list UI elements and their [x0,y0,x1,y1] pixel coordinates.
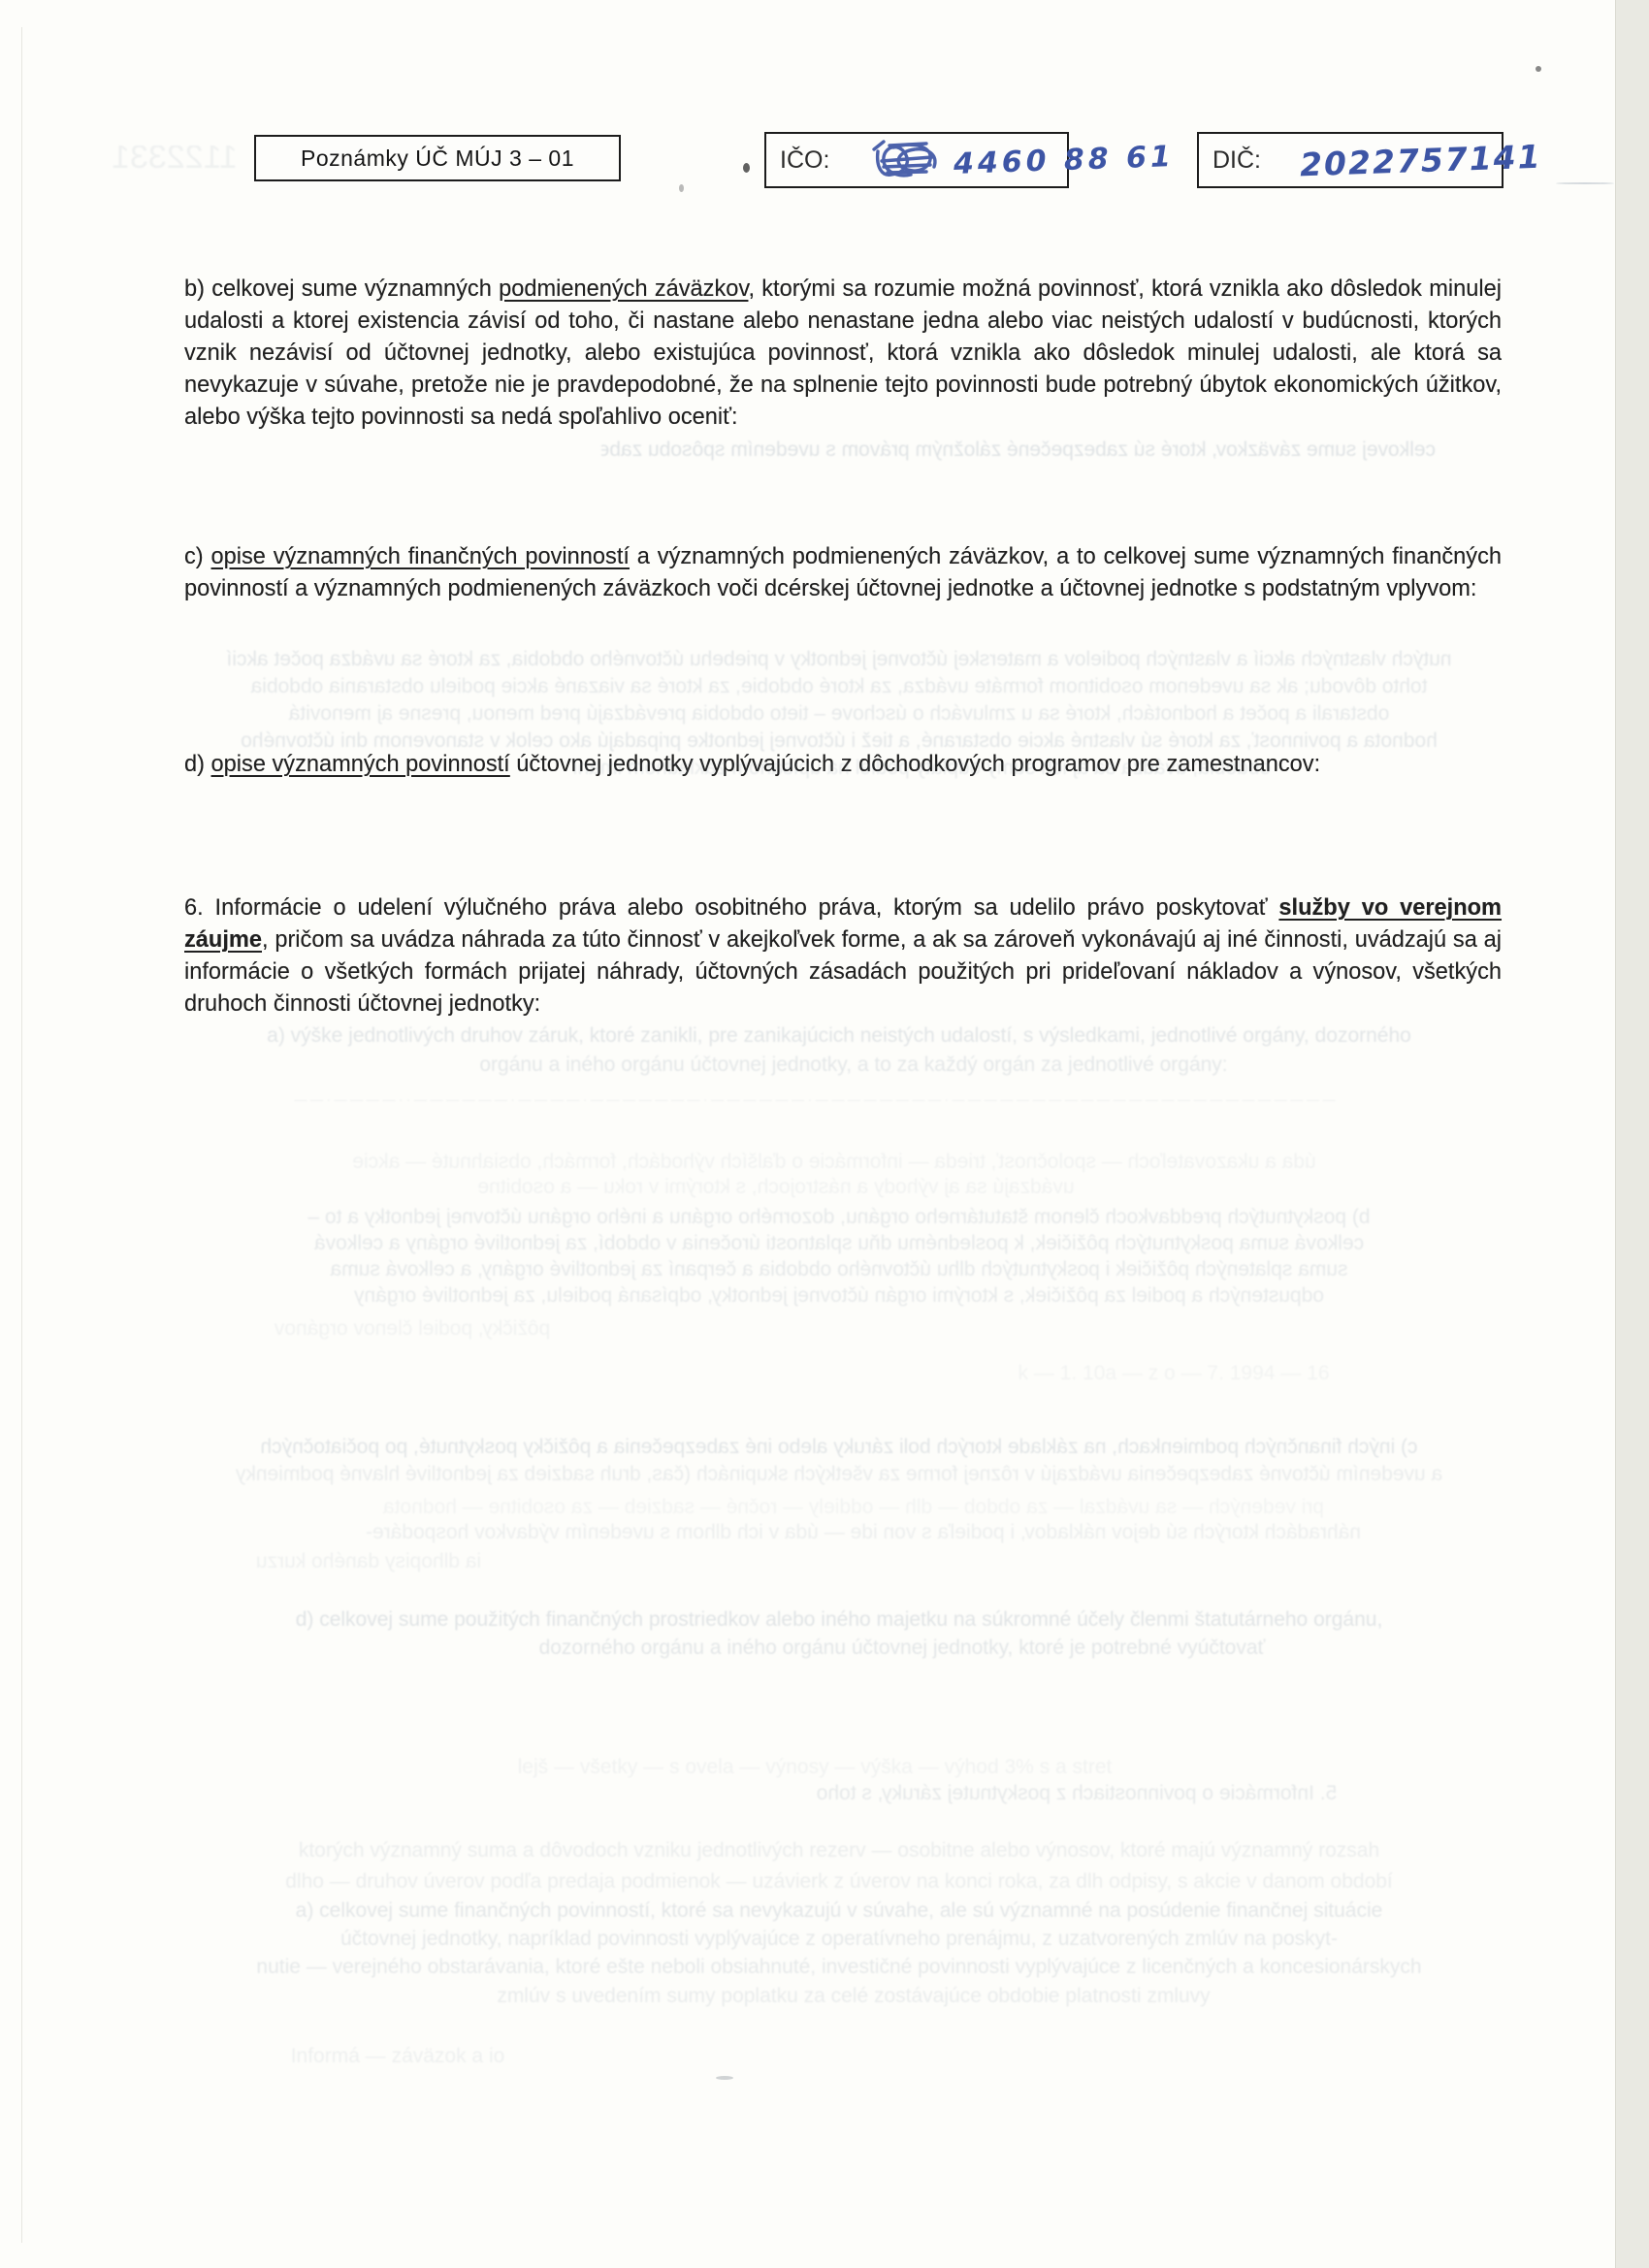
bleed-through-line: nutých vlastných akcií a vlastných podie… [175,648,1503,671]
bleed-through-line: celková suma poskytnutých pôžičiek, k po… [175,1232,1503,1255]
bleed-through-line: a) celkovej sume finančných povinností, … [175,1899,1503,1923]
dic-label: DIČ: [1212,146,1261,175]
bleed-through-line: a) výške jednotlivých druhov záruk, ktor… [175,1024,1503,1048]
ink-scribble-correction-icon [872,138,944,187]
bleed-through-line: Informá — záväzok a io [175,2045,621,2068]
paragraph-d-pension-programs: d) opise významných povinností účtovnej … [184,749,1502,781]
paragraph-6-public-service-rights: 6. Informácie o udelení výlučného práva … [184,892,1502,1021]
bleed-through-line: dlho — druhov úverov podľa predaja podmi… [175,1870,1503,1894]
bleed-through-line: c) iných finančných podmienkach, na zákl… [175,1436,1503,1459]
dic-handwritten-value: 2022757141 [1299,137,1542,183]
paragraph-b-lead: b) celkovej sume významných [184,276,499,302]
bleed-through-line: b) poskytnutých preddavkoch členom štatu… [175,1206,1503,1229]
scan-speck [1556,182,1614,184]
bleed-through-line: k — 1. 10a — z o — 7. 1994 — 16 [873,1362,1474,1385]
bleed-through-line: ia dlhopisy daného kurzu [175,1550,563,1573]
ico-handwritten-value: 4460 88 61 [954,140,1176,181]
paragraph-c-underlined-term: opise významných finančných povinností [211,544,630,569]
bleed-through-line: účtovnej jednotky, napríklad povinnosti … [175,1928,1503,1951]
bleed-through-line: celkovej sume záväzkov, ktoré sú zabezpe… [601,438,1436,462]
dic-box: DIČ: 2022757141 [1197,132,1503,188]
bleed-through-line: pôžičky, podiel členov orgánov [194,1317,630,1341]
scan-speck [679,184,684,192]
bleed-through-line: 5. Informácie o povinnostiach z poskytnu… [679,1782,1474,1805]
paragraph-c-lead: c) [184,544,211,569]
bleed-through-line: ktorých významný suma a dôvodoch vzniku … [175,1839,1503,1863]
scan-edge-shadow [1615,0,1649,2268]
bleed-through-line: zmlúv s uvedením sumy poplatku za celé z… [417,1985,1290,2008]
bleed-through-line: 1122331 [92,146,257,169]
bleed-through-line: tohto dôvodu; ak sa uvedenom osobitnom f… [175,675,1503,698]
ico-box: IČO: 4460 88 61 [764,132,1069,188]
form-title-box: Poznámky ÚČ MÚJ 3 – 01 [254,135,621,181]
bleed-through-line: obstarali a počet a hodnotách, ktoré sa … [175,702,1503,726]
bleed-through-line: náhradách ktorých sú dejov nákladov, i p… [252,1521,1474,1544]
paragraph-6-lead: 6. Informácie o udelení výlučného práva … [184,895,1278,921]
bleed-through-line: dozorného orgánu a iného orgánu účtovnej… [417,1636,1387,1660]
scanned-document-page: Poznámky ÚČ MÚJ 3 – 01 IČO: 4460 88 61 D… [0,0,1649,2268]
paragraph-b-contingent-liabilities: b) celkovej sume významných podmienených… [184,274,1502,434]
paragraph-d-lead: d) [184,752,211,777]
bleed-through-line: odpustených a podiel za pôžičiek, s ktor… [175,1284,1503,1308]
bleed-through-line: pri vedených — sa uvádzal — za obdob — d… [252,1496,1455,1519]
paragraph-b-underlined-term: podmienených záväzkov [499,276,748,302]
bleed-through-line: nutie — verejného obstarávania, ktoré eš… [175,1956,1503,1979]
scan-fold-line [21,27,22,2243]
bleed-through-line: uvádzajú sa aj výhody a nástrojoch, s kt… [194,1176,1358,1199]
bleed-through-line: d) celkovej sume použitých finančných pr… [175,1608,1503,1632]
paragraph-d-underlined-term: opise významných povinností [211,752,510,777]
paragraph-c-financial-obligations: c) opise významných finančných povinnost… [184,541,1502,605]
scan-speck [716,2076,733,2080]
scan-speck [1536,66,1541,72]
paragraph-d-body: účtovnej jednotky vyplývajúcich z dôchod… [510,752,1320,777]
bleed-through-line: orgánu a iného orgánu účtovnej jednotky,… [417,1053,1290,1077]
form-title: Poznámky ÚČ MÚJ 3 – 01 [301,146,574,172]
bleed-through-line: — — · — — — — · · — — — — — — · — — — — … [175,1088,1455,1112]
scan-speck [743,163,750,173]
bleed-through-line: lejš — všetky — s ovela — výnosy — výška… [427,1756,1203,1779]
ico-label: IČO: [780,146,829,175]
bleed-through-line: suma splatených pôžičiek i poskytnutých … [175,1258,1503,1281]
paragraph-6-body: , pričom sa uvádza náhrada za túto činno… [184,927,1502,1017]
bleed-through-line: úda a ukazovateľoch — spoločnosť, trieda… [175,1150,1494,1174]
bleed-through-line: a uvedením účtovné zabezpečenia uvádzajú… [175,1463,1503,1486]
